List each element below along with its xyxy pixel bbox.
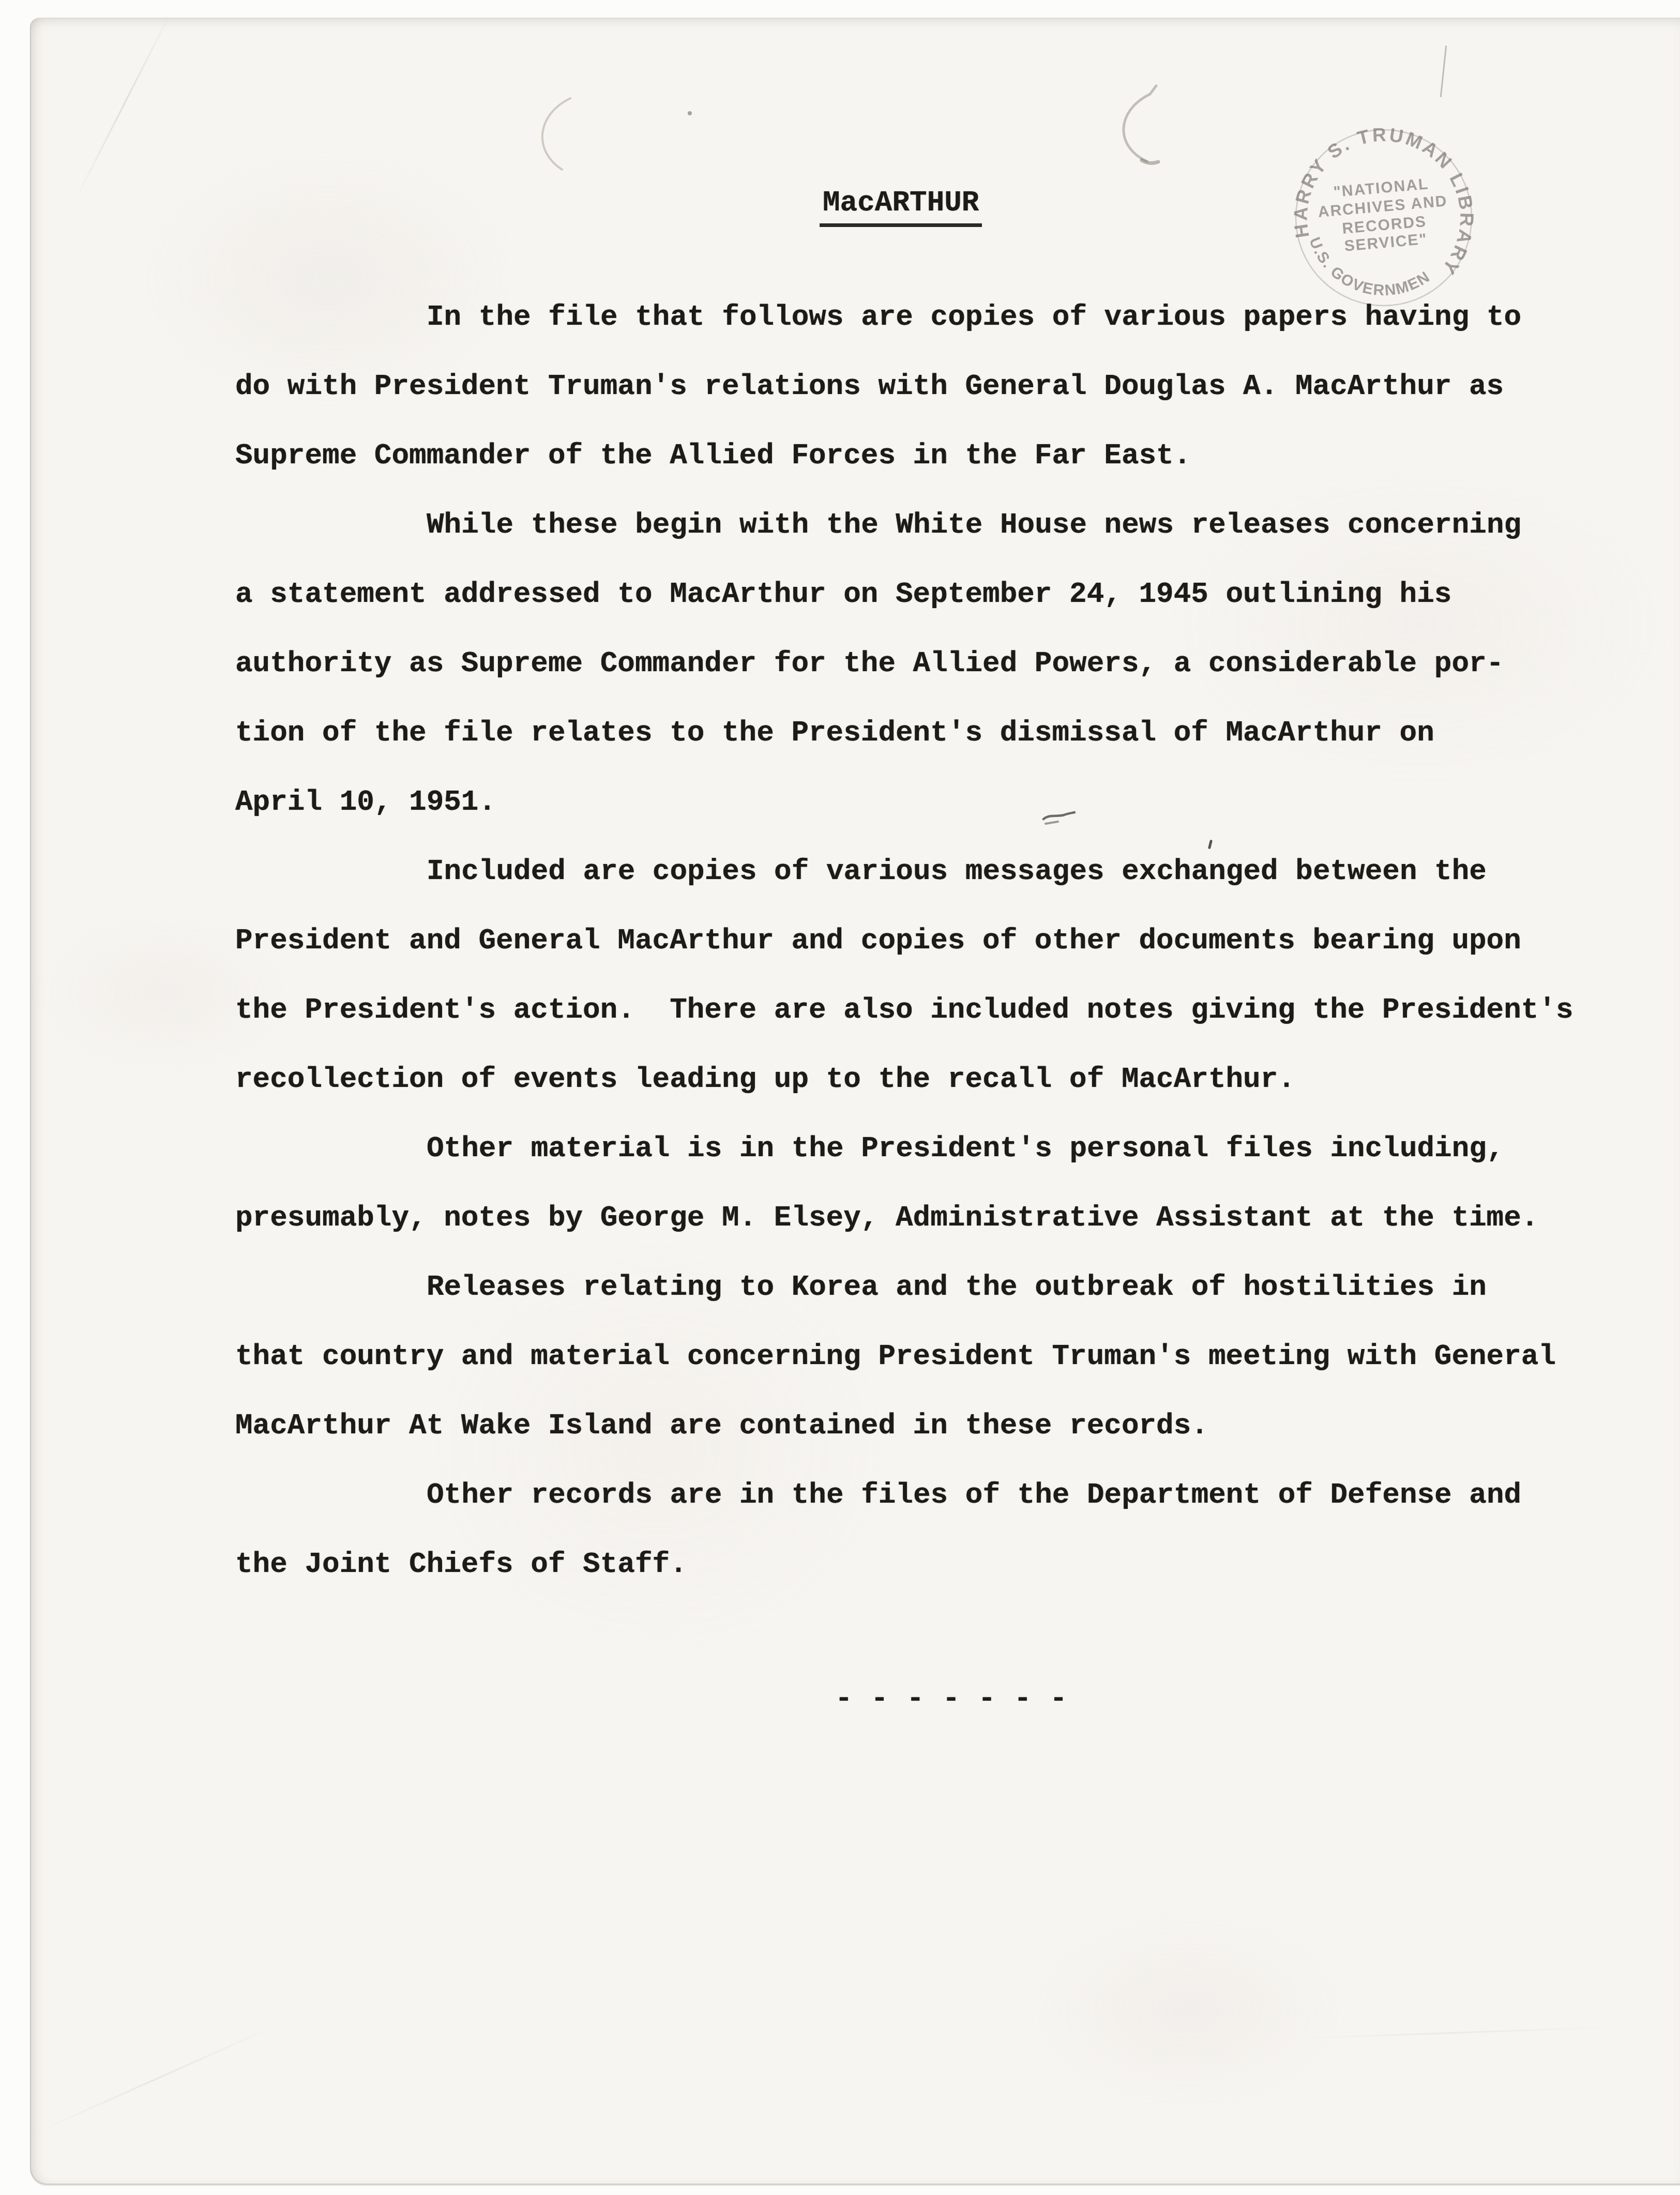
typed-line: do with President Truman's relations wit… <box>235 352 1600 421</box>
typed-line: April 10, 1951. <box>235 767 1600 837</box>
typed-line: the President's action. There are also i… <box>235 975 1600 1044</box>
dash-separator: - - - - - - - <box>835 1664 1068 1733</box>
typed-line: a statement addressed to MacArthur on Se… <box>235 559 1600 629</box>
typed-line: tion of the file relates to the Presiden… <box>235 698 1600 767</box>
typed-line: In the file that follows are copies of v… <box>235 282 1600 352</box>
typed-line: that country and material concerning Pre… <box>235 1322 1600 1391</box>
scanned-document-page: HARRY S. TRUMAN LIBRARY U.S. GOVERNMENT … <box>0 0 1680 2195</box>
typed-line: Other material is in the President's per… <box>235 1114 1600 1183</box>
typed-line: Releases relating to Korea and the outbr… <box>235 1252 1600 1322</box>
typed-line: the Joint Chiefs of Staff. <box>235 1530 1600 1599</box>
typed-line: MacArthur At Wake Island are contained i… <box>235 1391 1600 1460</box>
typed-line: recollection of events leading up to the… <box>235 1044 1600 1114</box>
typed-line: presumably, notes by George M. Elsey, Ad… <box>235 1183 1600 1252</box>
typed-line: While these begin with the White House n… <box>235 490 1600 559</box>
typed-line: Supreme Commander of the Allied Forces i… <box>235 421 1600 490</box>
typed-line: President and General MacArthur and copi… <box>235 906 1600 975</box>
typed-body: In the file that follows are copies of v… <box>235 282 1600 1599</box>
document-title: MacARTHUR <box>820 182 982 227</box>
typed-line: Other records are in the files of the De… <box>235 1460 1600 1530</box>
typed-line: Included are copies of various messages … <box>235 837 1600 906</box>
typed-line: authority as Supreme Commander for the A… <box>235 629 1600 698</box>
